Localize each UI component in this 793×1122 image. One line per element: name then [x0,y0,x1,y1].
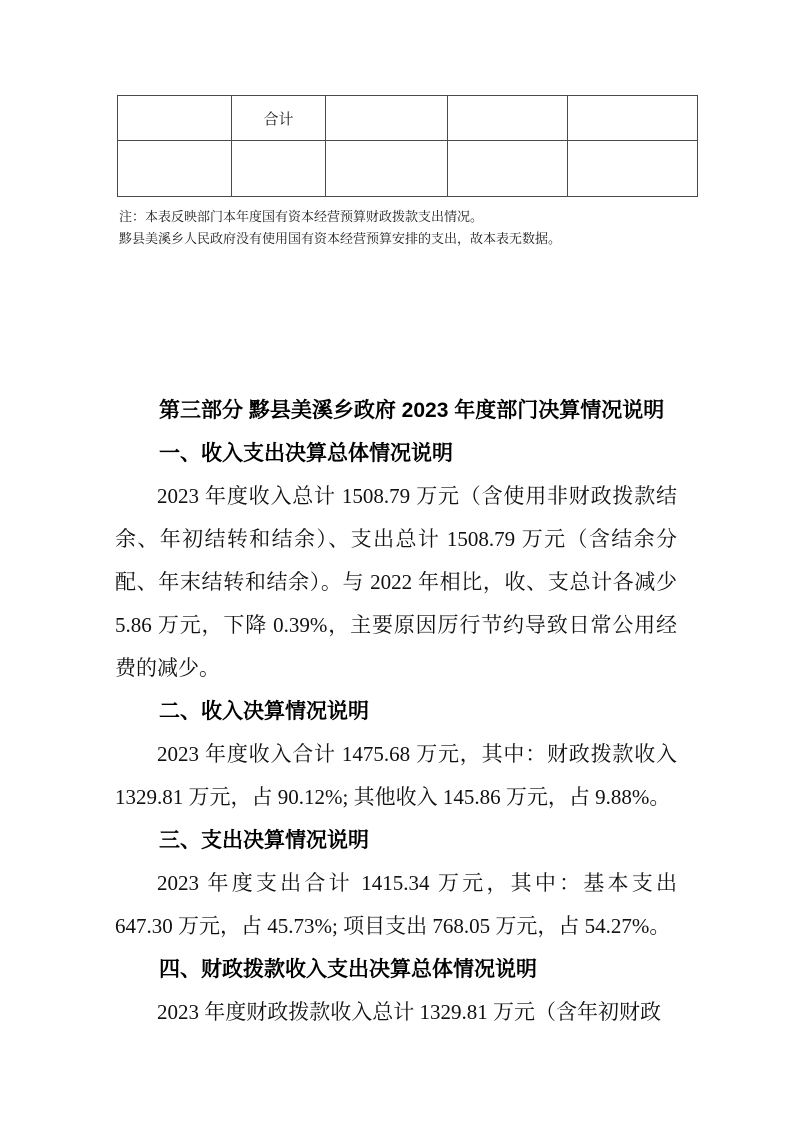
table-cell [232,141,326,197]
table-cell [568,141,698,197]
section-2-heading: 二、收入决算情况说明 [115,690,677,733]
table-cell [448,141,568,197]
section-4-heading: 四、财政拨款收入支出决算总体情况说明 [115,948,677,991]
table-cell [326,141,448,197]
section-1-heading: 一、收入支出决算总体情况说明 [115,432,677,475]
table-cell [118,141,232,197]
table-cell [326,96,448,141]
section-4-paragraph: 2023 年度财政拨款收入总计 1329.81 万元（含年初财政 [115,991,677,1034]
table-cell [568,96,698,141]
table-cell [448,96,568,141]
state-capital-budget-table: 合计 [117,95,698,197]
document-page: 合计 注：本表反映部门本年度国有资本经营预算财政拨款支出情况。 黟县美溪乡人民政… [0,0,793,1122]
section-1-paragraph: 2023 年度收入总计 1508.79 万元（含使用非财政拨款结余、年初结转和结… [115,475,677,690]
table-row: 合计 [118,96,698,141]
table-cell [118,96,232,141]
part3-title: 第三部分 黟县美溪乡政府 2023 年度部门决算情况说明 [115,389,677,432]
section-2-paragraph: 2023 年度收入合计 1475.68 万元，其中：财政拨款收入 1329.81… [115,733,677,819]
table-cell-total: 合计 [232,96,326,141]
table-note-line-1: 注：本表反映部门本年度国有资本经营预算财政拨款支出情况。 [119,206,679,228]
table-note-line-2: 黟县美溪乡人民政府没有使用国有资本经营预算安排的支出，故本表无数据。 [119,228,679,250]
section-3-paragraph: 2023 年度支出合计 1415.34 万元，其中：基本支出 647.30 万元… [115,862,677,948]
section-3-heading: 三、支出决算情况说明 [115,819,677,862]
table-row [118,141,698,197]
document-body: 第三部分 黟县美溪乡政府 2023 年度部门决算情况说明 一、收入支出决算总体情… [115,389,677,1034]
table-notes: 注：本表反映部门本年度国有资本经营预算财政拨款支出情况。 黟县美溪乡人民政府没有… [119,206,679,250]
